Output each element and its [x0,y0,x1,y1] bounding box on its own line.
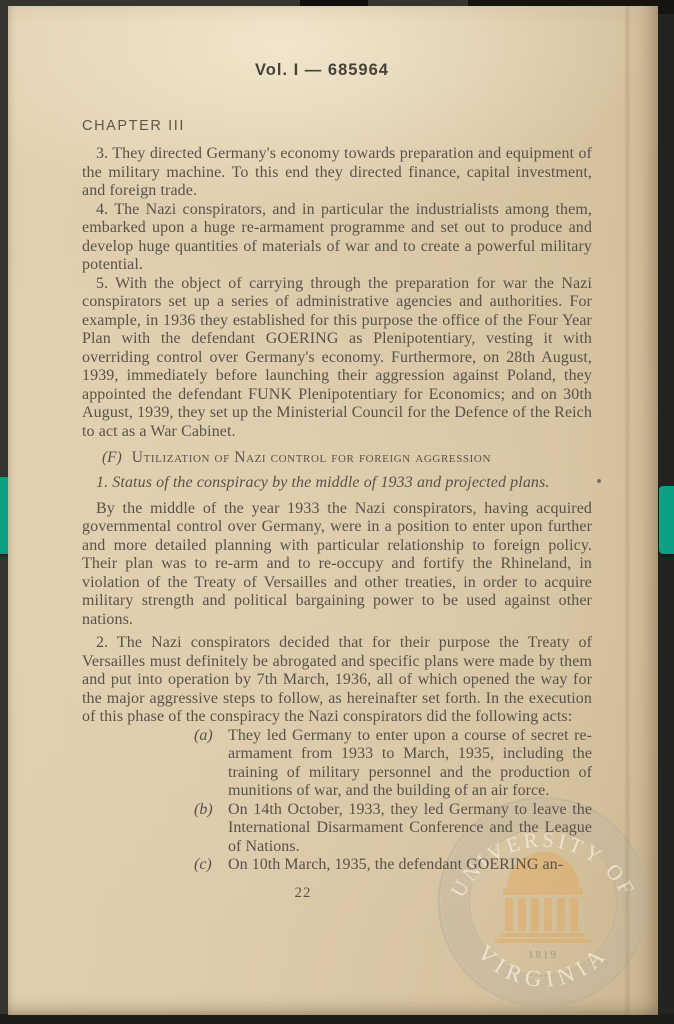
chapter-heading: CHAPTER III [82,118,592,134]
volume-stamp: Vol. I — 685964 [67,61,577,80]
list-marker-b: (b) [194,801,228,857]
acts-list: (a) They led Germany to enter upon a cou… [82,727,592,875]
page-crease-shadow [626,6,629,1015]
page-content: Vol. I — 685964 CHAPTER III 3. They dire… [8,61,658,902]
paragraph-5: 5. With the object of carrying through t… [82,275,592,442]
book-page: UNIVERSITY OF VIRGINIA 1819 Vol. I — 685… [8,6,658,1015]
paragraph-4: 4. The Nazi conspirators, and in particu… [82,201,592,275]
list-item-c: (c) On 10th March, 1935, the defendant G… [82,856,592,875]
list-item-a: (a) They led Germany to enter upon a cou… [82,727,592,801]
list-item-b: (b) On 14th October, 1933, they led Germ… [82,801,592,857]
teal-bookmark-tab-right [659,486,674,554]
paragraph-2-versailles: 2. The Nazi conspirators decided that fo… [82,634,592,727]
section-f-heading: (F)Utilization of Nazi control for forei… [82,448,592,467]
list-marker-a: (a) [194,727,228,801]
paragraph-status-1933: By the middle of the year 1933 the Nazi … [82,500,592,630]
paragraph-3: 3. They directed Germany's economy towar… [82,145,592,201]
list-text-a: They led Germany to enter upon a course … [228,727,592,801]
scan-background: UNIVERSITY OF VIRGINIA 1819 Vol. I — 685… [0,0,674,1024]
background-bottom-strip [0,1014,674,1024]
section-f-marker: (F) [102,449,122,466]
list-marker-c: (c) [194,856,228,875]
seal-year-text: 1819 [528,949,558,961]
list-text-b: On 14th October, 1933, they led Germany … [228,801,592,857]
page-number: 22 [48,885,558,902]
list-text-c: On 10th March, 1935, the defendant GOERI… [228,856,592,875]
section-f-title: Utilization of Nazi control for foreign … [132,449,491,466]
subsection-1-heading: 1. Status of the conspiracy by the middl… [82,474,592,493]
